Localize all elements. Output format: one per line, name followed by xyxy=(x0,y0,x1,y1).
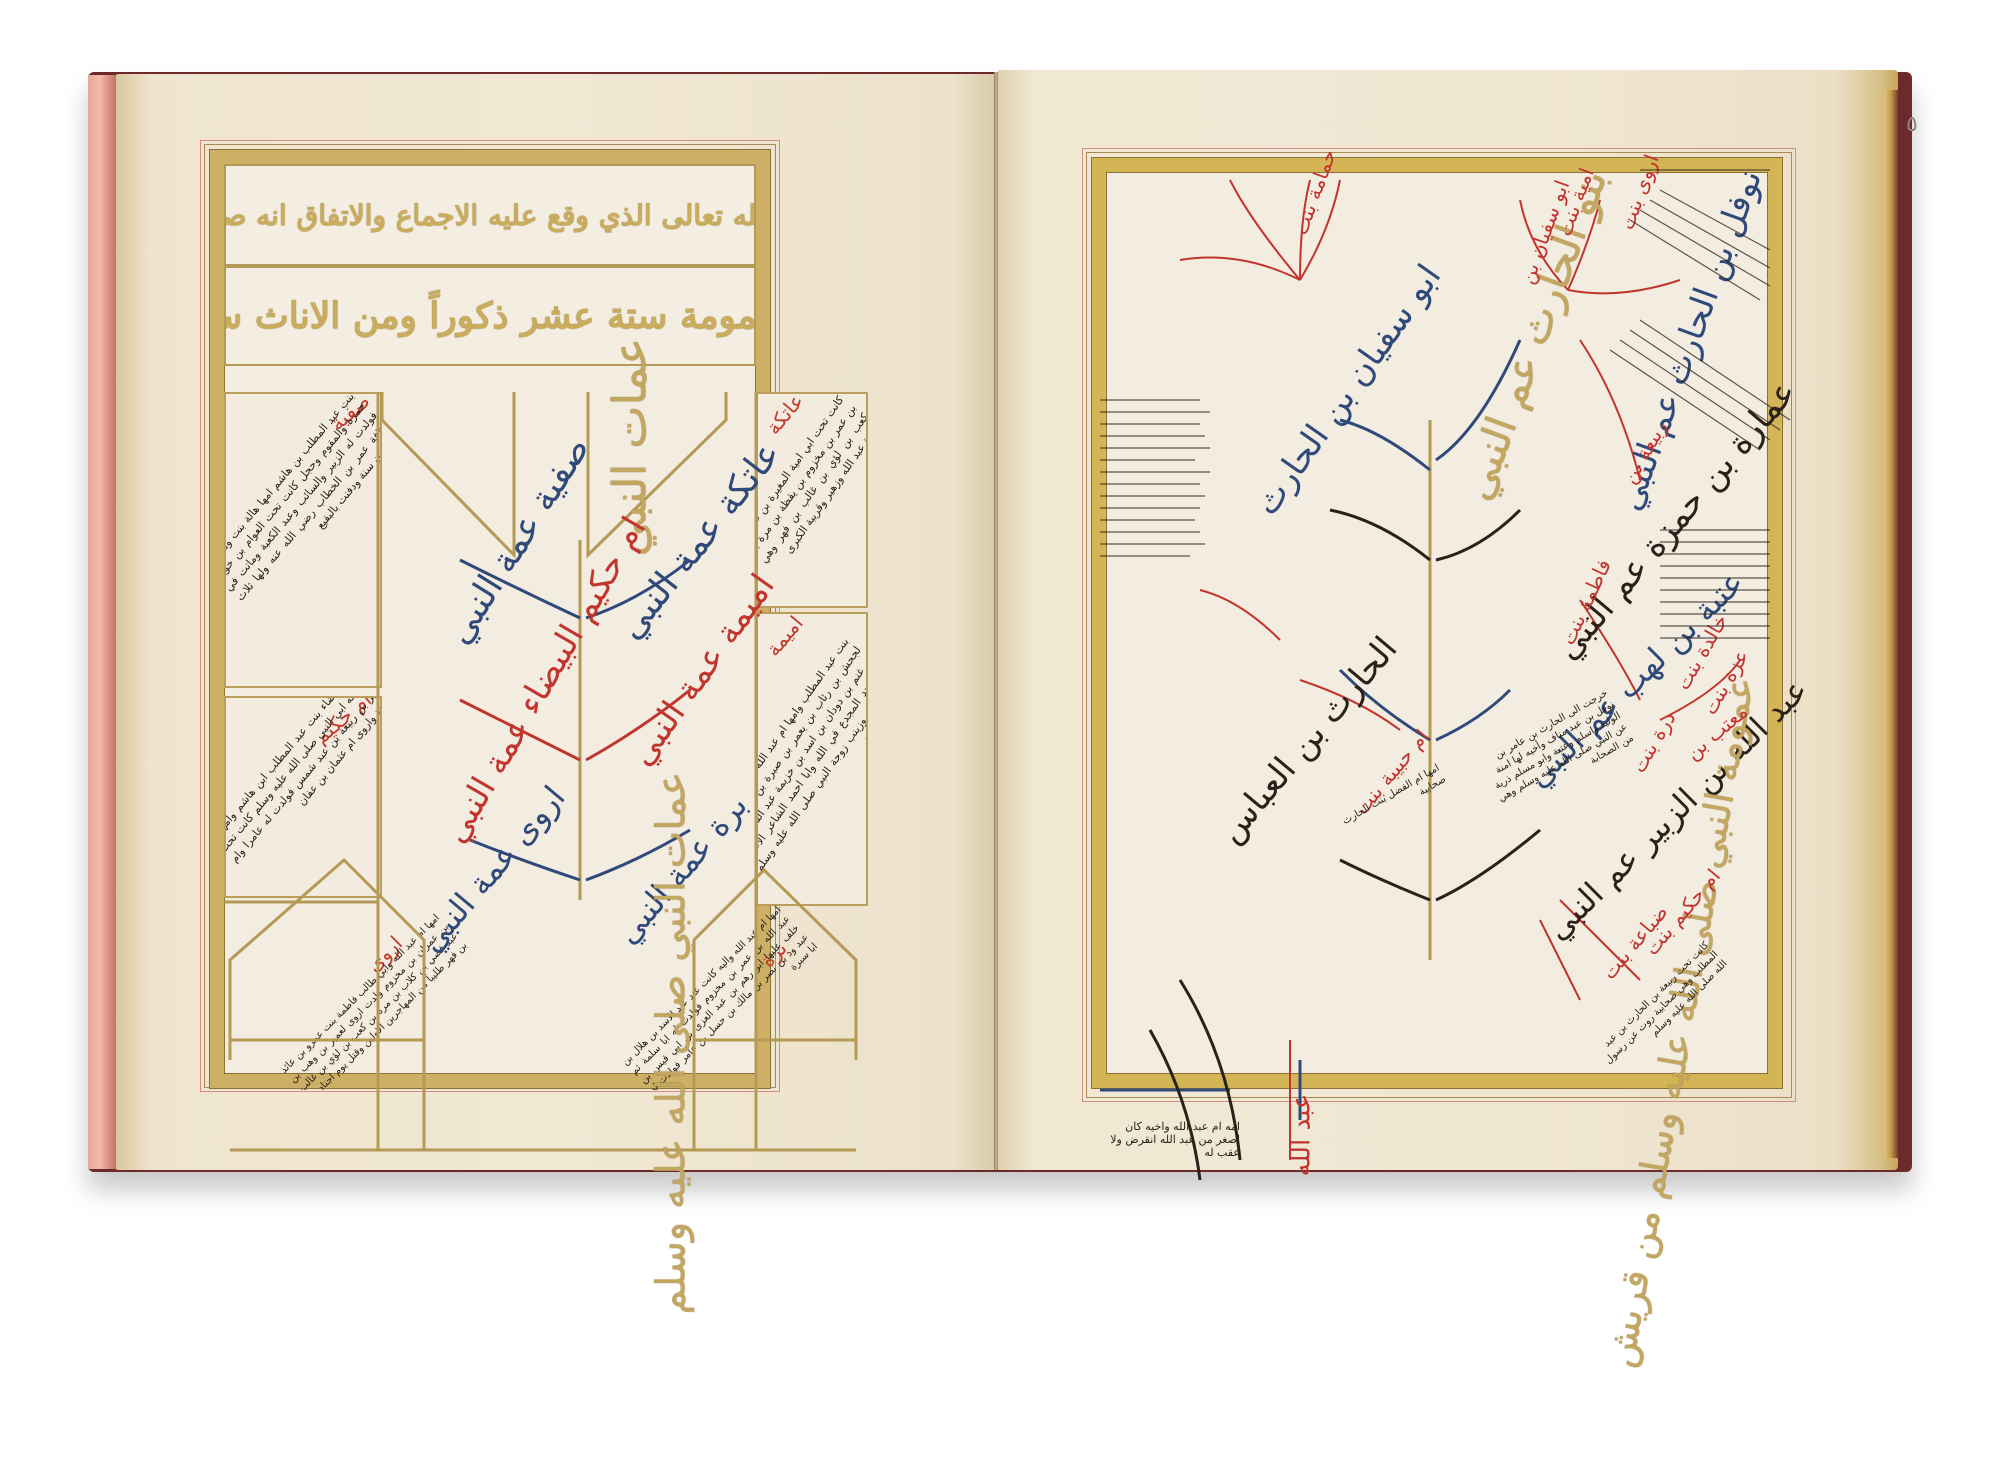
dense-marginal-notes xyxy=(0,0,2000,1479)
